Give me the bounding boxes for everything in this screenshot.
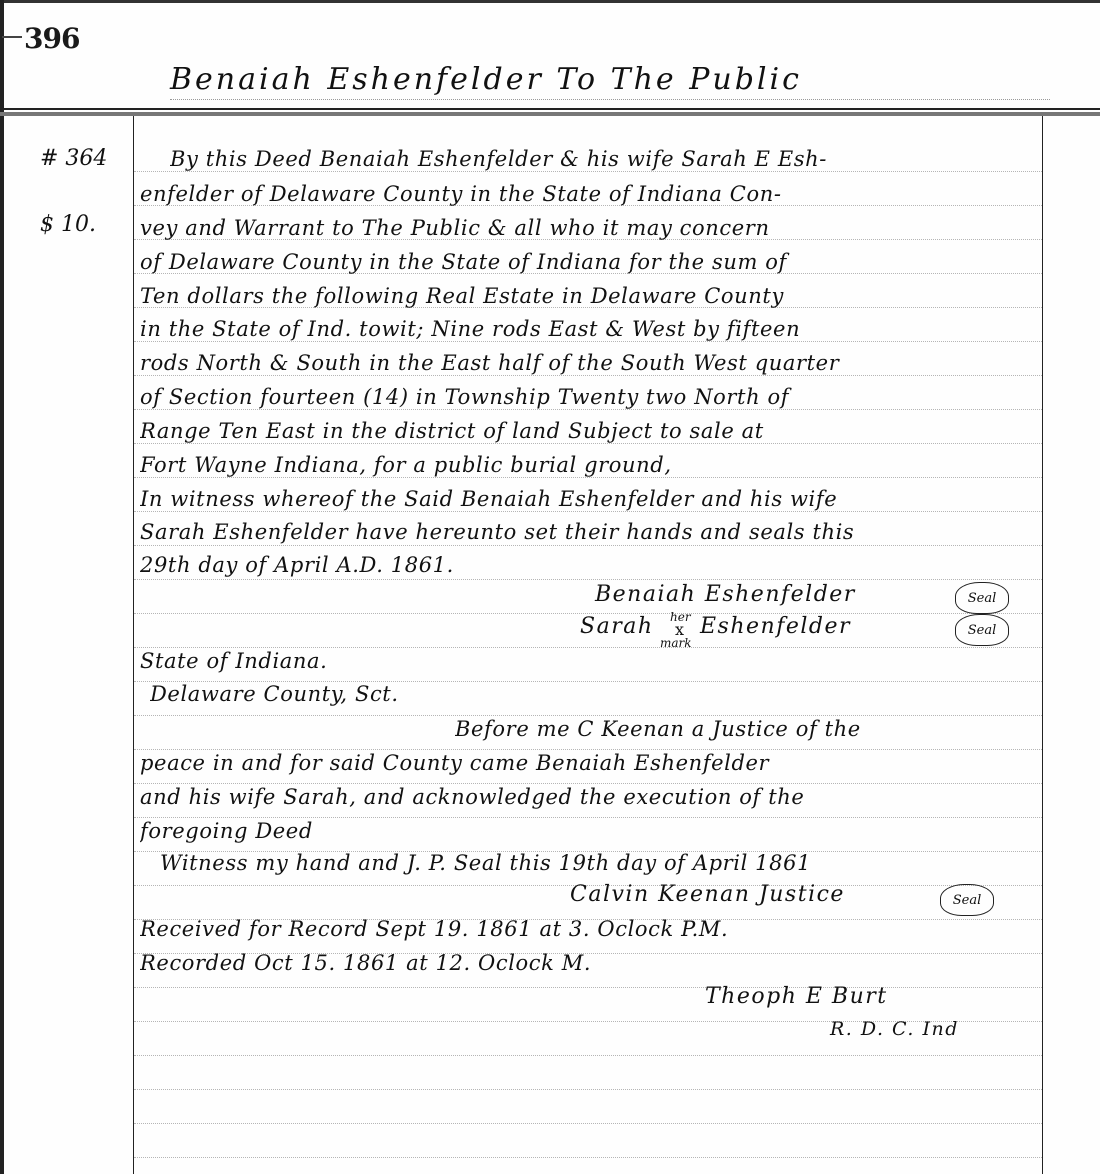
seal-label: Seal bbox=[953, 893, 982, 908]
recorder-signature: Theoph E Burt bbox=[705, 984, 888, 1009]
header-rule-double bbox=[0, 112, 1100, 116]
deed-line: 29th day of April A.D. 1861. bbox=[140, 552, 1040, 578]
deed-line: Sarah Eshenfelder have hereunto set thei… bbox=[140, 519, 1040, 545]
recorded-date: Recorded Oct 15. 1861 at 12. Oclock M. bbox=[140, 950, 1040, 976]
ruled-line bbox=[134, 1157, 1042, 1158]
ruled-line bbox=[134, 579, 1042, 580]
ack-line: Before me C Keenan a Justice of the bbox=[455, 716, 1040, 742]
deed-line: enfelder of Delaware County in the State… bbox=[140, 181, 1040, 207]
instrument-number: # 364 bbox=[40, 146, 107, 171]
header-rule bbox=[0, 108, 1100, 110]
deed-line: rods North & South in the East half of t… bbox=[140, 350, 1040, 376]
ruled-line bbox=[134, 1123, 1042, 1124]
venue-county: Delaware County, Sct. bbox=[150, 681, 1050, 707]
deed-line: Fort Wayne Indiana, for a public burial … bbox=[140, 452, 1040, 478]
grantor-signature-benaiah: Benaiah Eshenfelder bbox=[595, 582, 856, 607]
ruled-line bbox=[134, 1089, 1042, 1090]
page-binding-edge bbox=[0, 0, 4, 1174]
ack-witness-line: Witness my hand and J. P. Seal this 19th… bbox=[160, 850, 1060, 876]
deed-line: By this Deed Benaiah Eshenfelder & his w… bbox=[170, 146, 1040, 172]
grantor-signature-sarah-last: Eshenfelder bbox=[700, 614, 851, 639]
deed-line: vey and Warrant to The Public & all who … bbox=[140, 215, 1040, 241]
deed-line: Range Ten East in the district of land S… bbox=[140, 418, 1040, 444]
ack-line: peace in and for said County came Benaia… bbox=[140, 750, 1040, 776]
ack-line: foregoing Deed bbox=[140, 818, 1040, 844]
right-column-line bbox=[1042, 116, 1043, 1174]
seal-icon: Seal bbox=[940, 884, 994, 916]
deed-line: in the State of Ind. towit; Nine rods Ea… bbox=[140, 316, 1040, 342]
received-for-record: Received for Record Sept 19. 1861 at 3. … bbox=[140, 916, 1040, 942]
page-number-dash bbox=[2, 36, 22, 38]
page-title: Benaiah Eshenfelder To The Public bbox=[170, 62, 870, 97]
ack-line: and his wife Sarah, and acknowledged the… bbox=[140, 784, 1040, 810]
grantor-signature-sarah-first: Sarah bbox=[580, 614, 654, 639]
ruled-line bbox=[134, 545, 1042, 546]
seal-icon: Seal bbox=[955, 582, 1009, 614]
deed-line: In witness whereof the Said Benaiah Eshe… bbox=[140, 486, 1040, 512]
venue-state: State of Indiana. bbox=[140, 648, 1040, 674]
page-number: 396 bbox=[24, 22, 79, 55]
deed-line: of Delaware County in the State of India… bbox=[140, 249, 1040, 275]
ruled-line bbox=[134, 987, 1042, 988]
page-top-edge bbox=[0, 0, 1100, 3]
seal-label: Seal bbox=[968, 591, 997, 606]
ruled-line bbox=[134, 1055, 1042, 1056]
deed-record-page: 396 Benaiah Eshenfelder To The Public # … bbox=[0, 0, 1100, 1174]
justice-signature: Calvin Keenan Justice bbox=[570, 882, 845, 907]
margin-column-line bbox=[133, 116, 134, 1174]
deed-line: Ten dollars the following Real Estate in… bbox=[140, 283, 1040, 309]
consideration-amount: $ 10. bbox=[40, 212, 96, 237]
deed-line: of Section fourteen (14) in Township Twe… bbox=[140, 384, 1040, 410]
title-underline bbox=[170, 99, 1050, 100]
seal-label: Seal bbox=[968, 623, 997, 638]
recorder-title: R. D. C. Ind bbox=[830, 1018, 959, 1040]
seal-icon: Seal bbox=[955, 614, 1009, 646]
